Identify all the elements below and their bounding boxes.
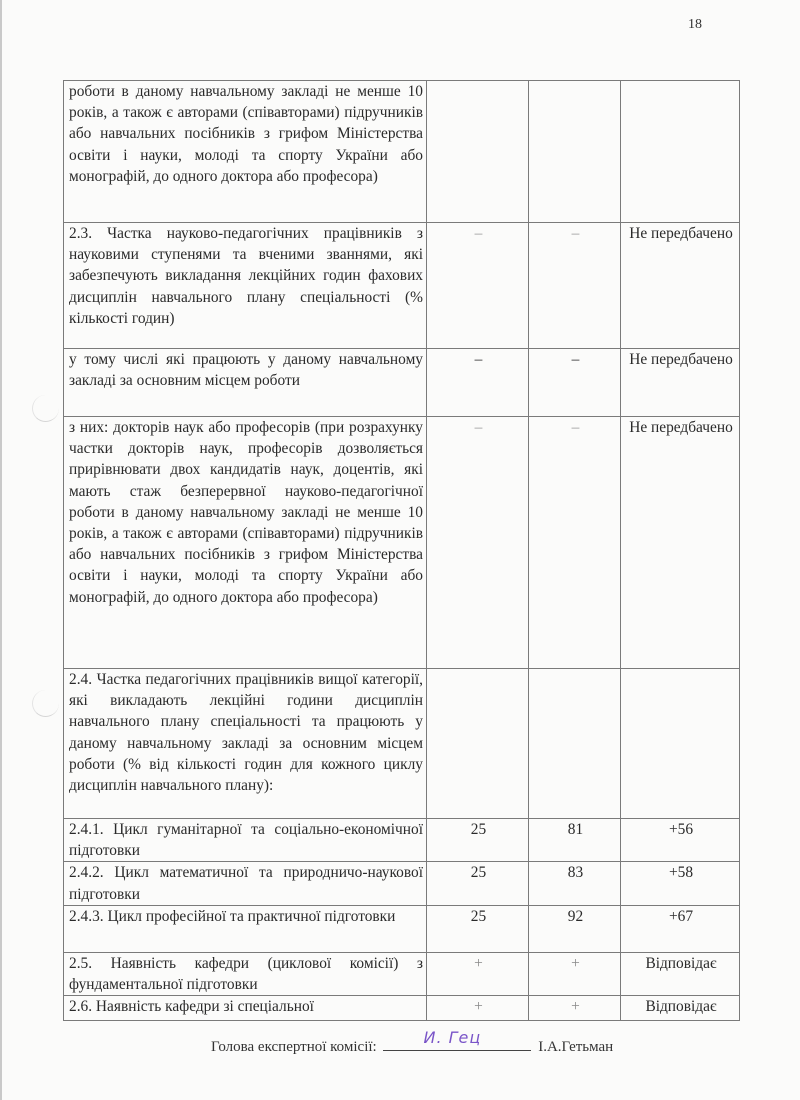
actual-value: – — [529, 223, 621, 349]
deviation-value: +56 — [621, 819, 740, 862]
criterion-text: 2.4.2. Цикл математичної та природничо-н… — [64, 862, 427, 905]
deviation-value: +58 — [621, 862, 740, 905]
scan-edge — [0, 0, 2, 1100]
deviation-value: Відповідає — [621, 996, 740, 1021]
criterion-text: 2.4.3. Цикл професійної та практичної пі… — [64, 905, 427, 952]
criterion-text: 2.4. Частка педагогічних працівників вищ… — [64, 669, 427, 819]
table-row: з них: докторів наук або професорів (при… — [64, 417, 740, 669]
criterion-text: 2.4.1. Цикл гуманітарної та соціально-ек… — [64, 819, 427, 862]
deviation-value: Не передбачено — [621, 417, 740, 669]
handwritten-signature: И. Гец — [423, 1028, 481, 1047]
deviation-value — [621, 81, 740, 223]
binder-hole — [32, 395, 59, 422]
table-row: 2.3. Частка науково-педагогічних працівн… — [64, 223, 740, 349]
deviation-value: Не передбачено — [621, 349, 740, 417]
deviation-value: Не передбачено — [621, 223, 740, 349]
deviation-value: Відповідає — [621, 952, 740, 995]
actual-value — [529, 81, 621, 223]
required-value: 25 — [427, 905, 529, 952]
actual-value: + — [529, 952, 621, 995]
table-row: 2.6. Наявність кафедри зі спеціальної + … — [64, 996, 740, 1021]
table-row: у тому числі які працюють у даному навча… — [64, 349, 740, 417]
binder-hole — [32, 690, 59, 717]
criterion-text: 2.6. Наявність кафедри зі спеціальної — [64, 996, 427, 1021]
actual-value: 83 — [529, 862, 621, 905]
actual-value: + — [529, 996, 621, 1021]
criterion-text: 2.3. Частка науково-педагогічних працівн… — [64, 223, 427, 349]
table-row: 2.4.3. Цикл професійної та практичної пі… — [64, 905, 740, 952]
actual-value: – — [529, 349, 621, 417]
signature-block: Голова експертної комісії: И. Гец І.А.Ге… — [211, 1036, 613, 1056]
criterion-text: 2.5. Наявність кафедри (циклової комісії… — [64, 952, 427, 995]
criteria-table: роботи в даному навчальному закладі не м… — [63, 80, 740, 1021]
actual-value: 81 — [529, 819, 621, 862]
table-row: роботи в даному навчальному закладі не м… — [64, 81, 740, 223]
table-row: 2.5. Наявність кафедри (циклової комісії… — [64, 952, 740, 995]
table-row: 2.4.1. Цикл гуманітарної та соціально-ек… — [64, 819, 740, 862]
required-value: 25 — [427, 819, 529, 862]
table-row: 2.4.2. Цикл математичної та природничо-н… — [64, 862, 740, 905]
deviation-value: +67 — [621, 905, 740, 952]
criterion-text: у тому числі які працюють у даному навча… — [64, 349, 427, 417]
required-value: – — [427, 223, 529, 349]
required-value — [427, 669, 529, 819]
signatory-name: І.А.Гетьман — [538, 1039, 613, 1055]
signature-line: И. Гец — [383, 1036, 531, 1051]
required-value: – — [427, 349, 529, 417]
required-value: 25 — [427, 862, 529, 905]
actual-value: – — [529, 417, 621, 669]
actual-value: 92 — [529, 905, 621, 952]
deviation-value — [621, 669, 740, 819]
criterion-text: роботи в даному навчальному закладі не м… — [64, 81, 427, 223]
table-row: 2.4. Частка педагогічних працівників вищ… — [64, 669, 740, 819]
criterion-text: з них: докторів наук або професорів (при… — [64, 417, 427, 669]
required-value — [427, 81, 529, 223]
signature-label: Голова експертної комісії: — [211, 1039, 377, 1055]
actual-value — [529, 669, 621, 819]
required-value: + — [427, 952, 529, 995]
page-number: 18 — [688, 17, 702, 33]
required-value: – — [427, 417, 529, 669]
required-value: + — [427, 996, 529, 1021]
